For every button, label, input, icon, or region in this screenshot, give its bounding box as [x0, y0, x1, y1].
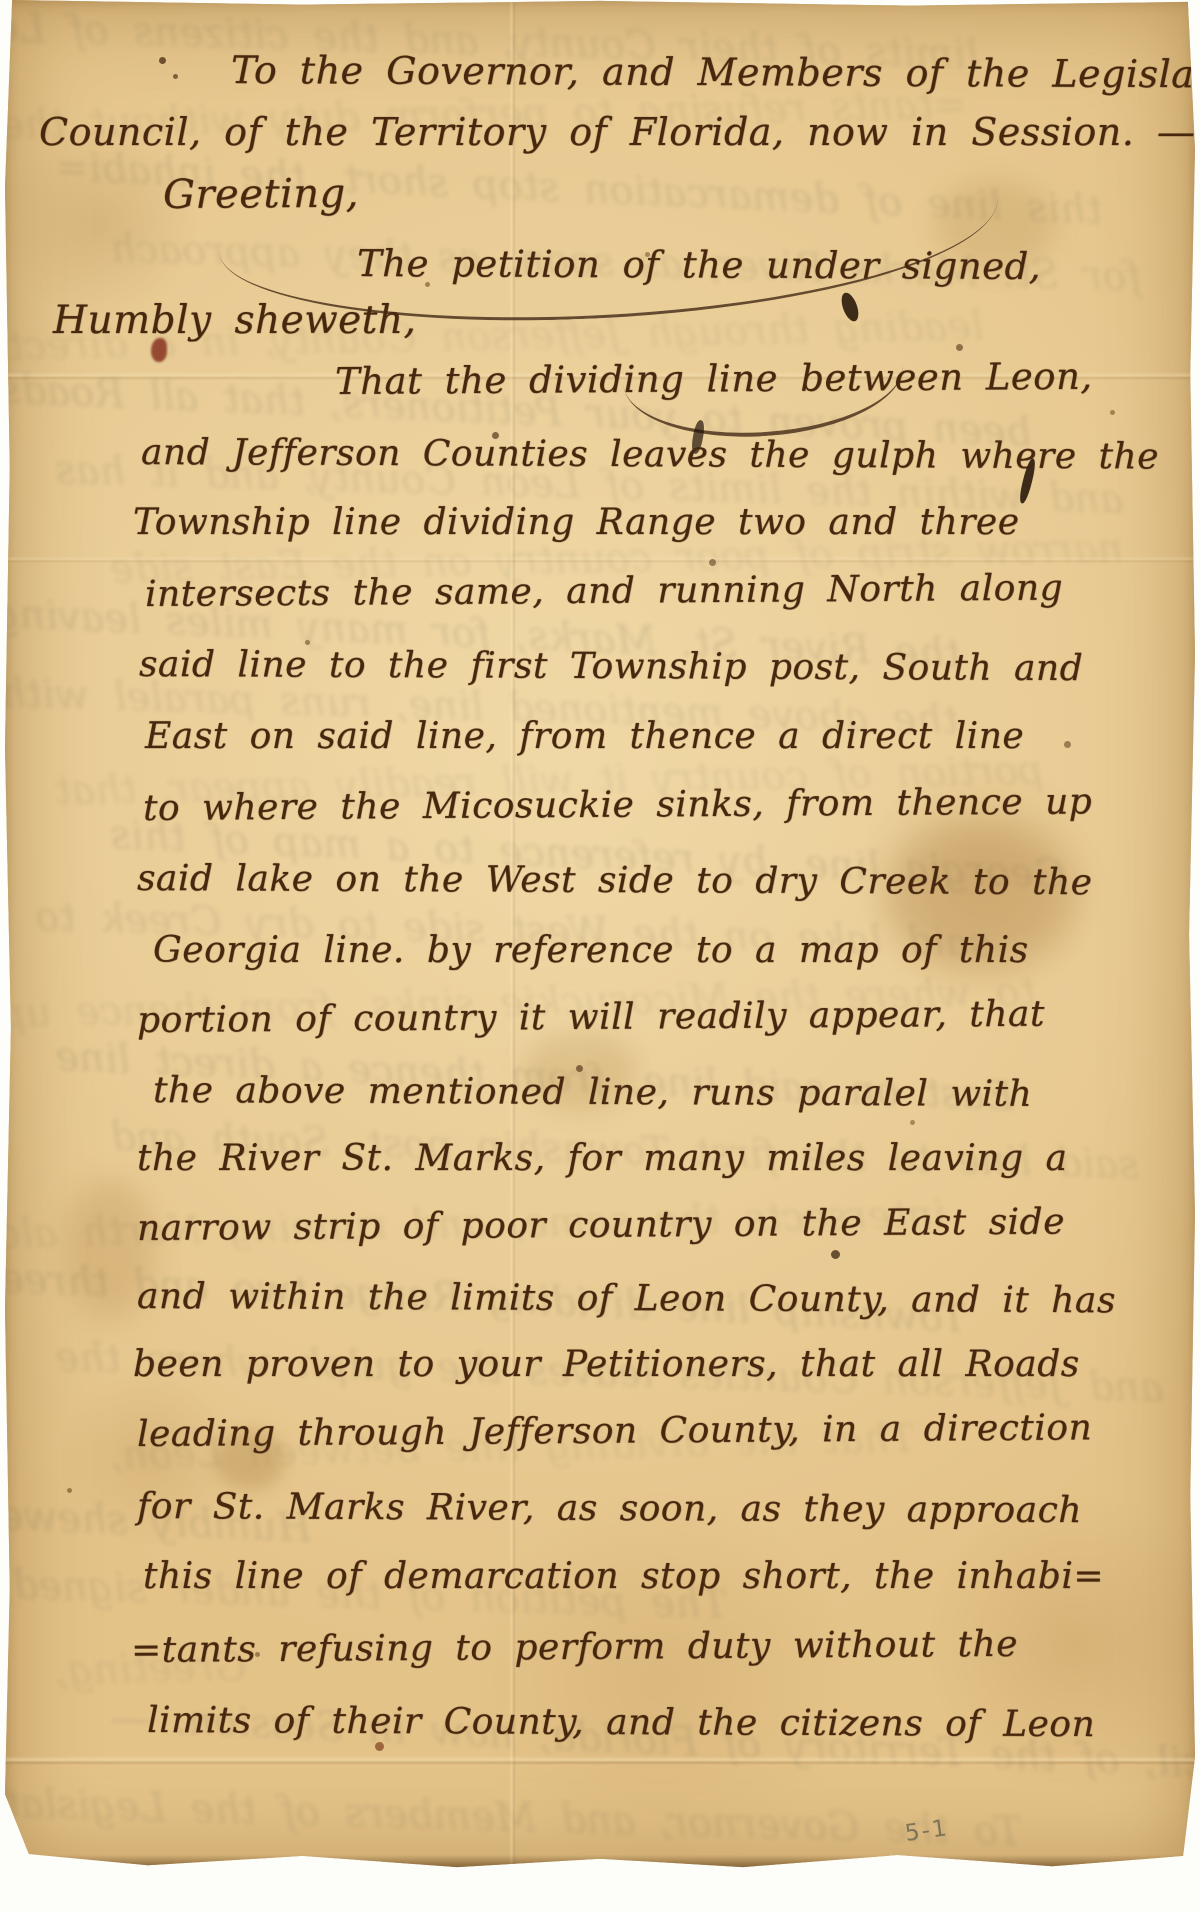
- manuscript-line: leading through Jefferson County, in a d…: [137, 1407, 1092, 1455]
- manuscript-line: Georgia line. by reference to a map of t…: [153, 930, 1029, 971]
- manuscript-line: for St. Marks River, as soon, as they ap…: [137, 1486, 1082, 1531]
- manuscript-line: That the dividing line between Leon,: [335, 355, 1093, 403]
- manuscript-line: =tants refusing to perform duty without …: [131, 1624, 1018, 1671]
- manuscript-text: To the Governor, and Members of the Legi…: [5, 0, 1195, 1869]
- manuscript-line: Council, of the Territory of Florida, no…: [39, 110, 1195, 154]
- manuscript-line: the River St. Marks, for many miles leav…: [137, 1138, 1067, 1179]
- paper-page: limits of their County, and the citizens…: [5, 0, 1195, 1869]
- manuscript-line: Greeting,: [163, 171, 359, 218]
- manuscript-line: intersects the same, and running North a…: [145, 568, 1063, 615]
- foxing-speckles: [5, 0, 10, 5]
- manuscript-line: been proven to your Petitioners, that al…: [133, 1344, 1080, 1385]
- manuscript-line: portion of country it will readily appea…: [137, 994, 1045, 1041]
- manuscript-line: this line of demarcation stop short, the…: [143, 1556, 1104, 1597]
- manuscript-line: limits of their County, and the citizens…: [147, 1700, 1095, 1745]
- manuscript-line: To the Governor, and Members of the Legi…: [231, 48, 1200, 97]
- document-photo: limits of their County, and the citizens…: [0, 0, 1200, 1911]
- manuscript-line: narrow strip of poor country on the East…: [137, 1202, 1065, 1249]
- manuscript-line: the above mentioned line, runs paralel w…: [153, 1070, 1032, 1115]
- manuscript-line: said lake on the West side to dry Creek …: [137, 858, 1093, 903]
- manuscript-line: and within the limits of Leon County, an…: [137, 1276, 1116, 1321]
- manuscript-line: said line to the first Township post, So…: [139, 644, 1083, 689]
- manuscript-line: Humbly sheweth,: [53, 298, 416, 343]
- manuscript-line: and Jefferson Counties leaves the gulph …: [141, 432, 1159, 477]
- manuscript-line: Township line dividing Range two and thr…: [133, 502, 1020, 543]
- manuscript-line: to where the Micosuckie sinks, from then…: [143, 781, 1093, 829]
- manuscript-line: The petition of the under signed,: [357, 242, 1041, 288]
- manuscript-line: East on said line, from thence a direct …: [145, 716, 1024, 757]
